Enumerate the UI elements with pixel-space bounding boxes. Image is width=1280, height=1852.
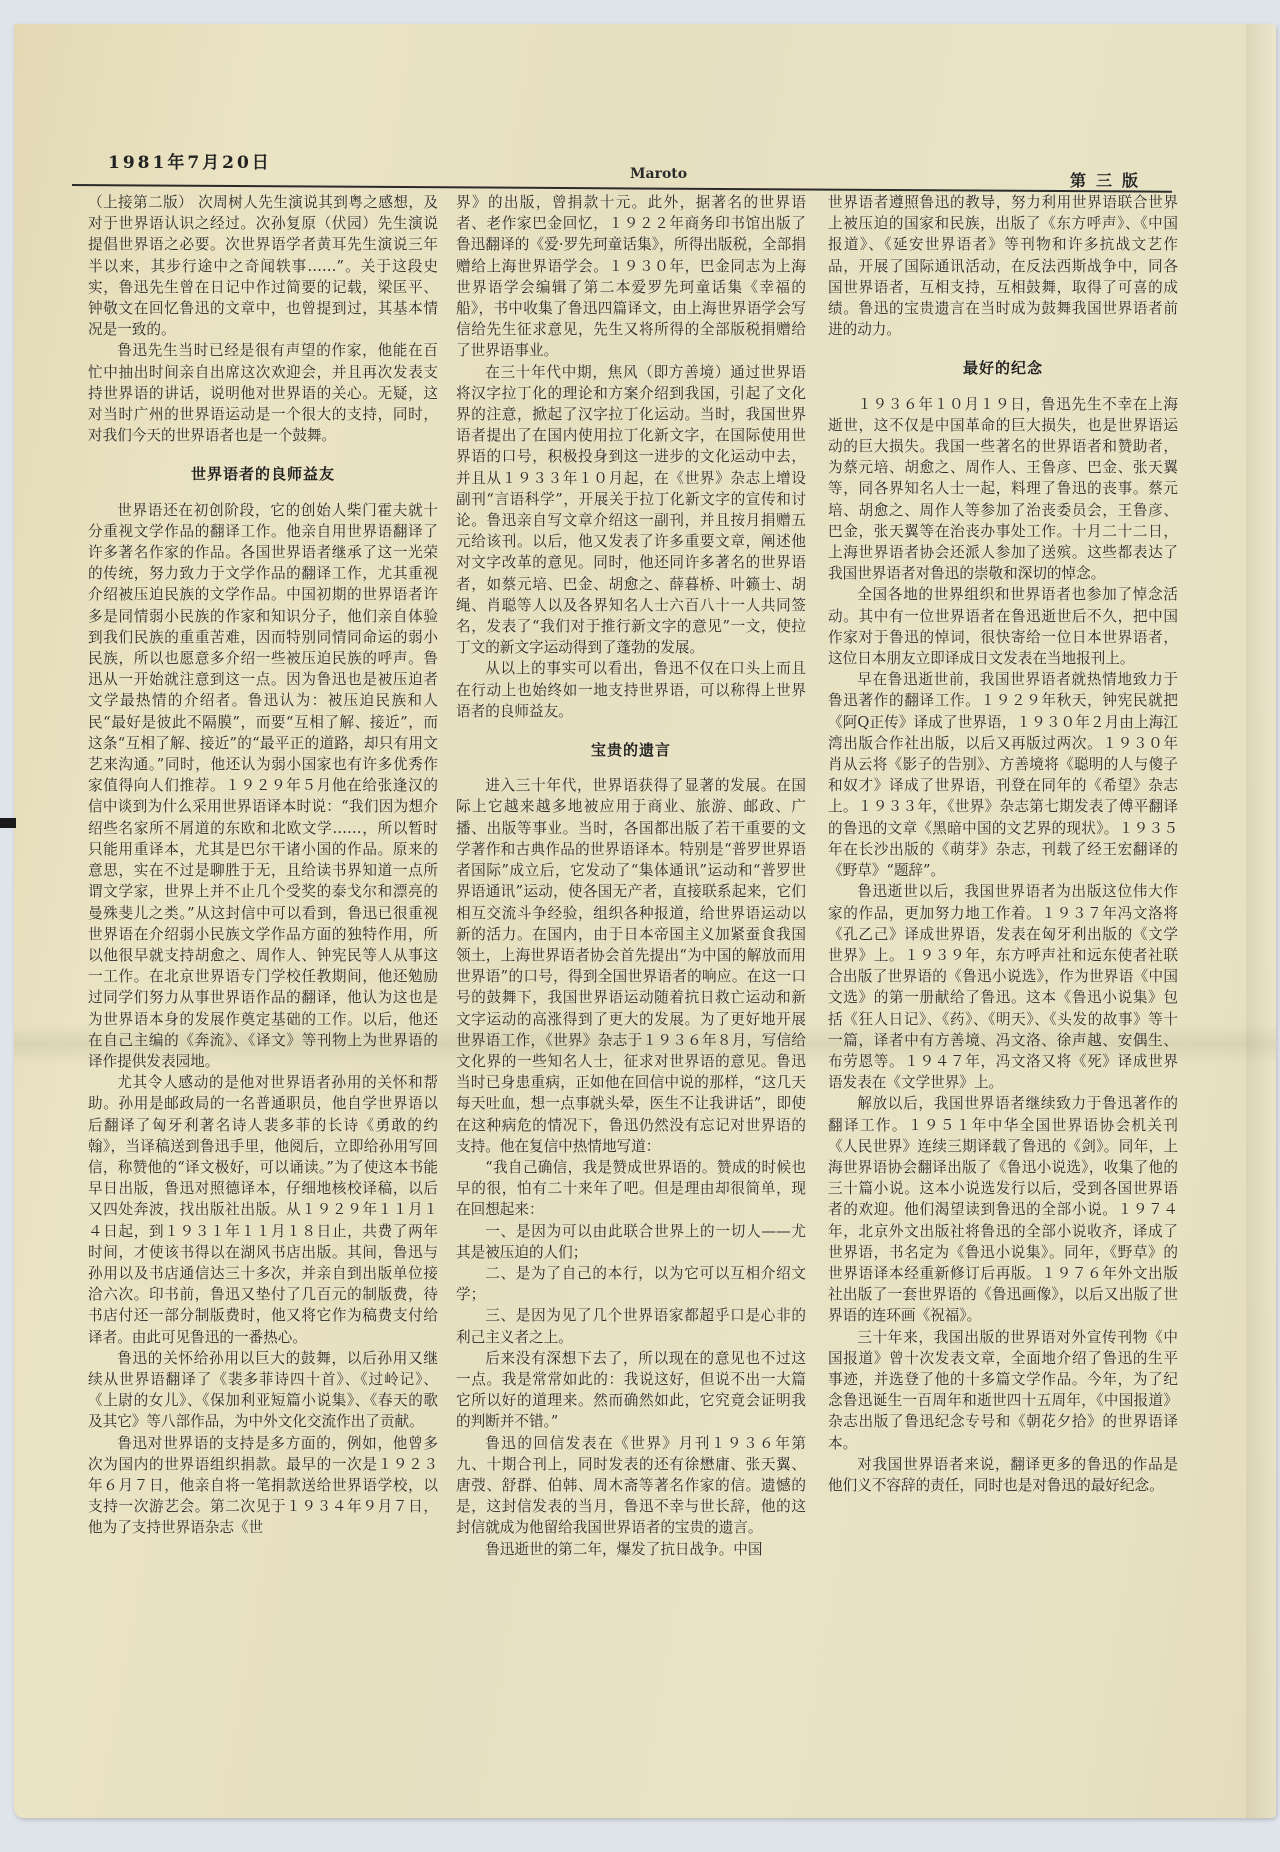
column-3: 世界语者遵照鲁迅的教导，努力利用世界语联合世界上被压迫的国家和民族，出版了《东方… [828, 192, 1178, 1496]
paragraph: 在三十年代中期，焦风（即方善境）通过世界语将汉字拉丁化的理论和方案介绍到我国，引… [456, 362, 806, 659]
section-heading: 最好的纪念 [828, 358, 1178, 379]
paragraph: 从以上的事实可以看出，鲁迅不仅在口头上而且在行动上也始终如一地支持世界语，可以称… [456, 658, 806, 722]
paragraph: 对我国世界语者来说，翻译更多的鲁迅的作品是他们义不容辞的责任，同时也是对鲁迅的最… [828, 1454, 1178, 1496]
publication-title: Maroto [630, 166, 687, 182]
paragraph: 一、是因为可以由此联合世界上的一切人——尤其是被压迫的人们； [456, 1221, 806, 1263]
section-heading: 宝贵的遗言 [456, 740, 806, 761]
page-label: 第三版 [1070, 168, 1148, 191]
paragraph: 全国各地的世界组织和世界语者也参加了悼念活动。其中有一位世界语者在鲁迅逝世后不久… [828, 584, 1178, 669]
edge-mark [0, 818, 16, 828]
paragraph: 鲁迅的回信发表在《世界》月刊１９３６年第九、十期合刊上，同时发表的还有徐懋庸、张… [456, 1433, 806, 1539]
paragraph: 鲁迅对世界语的支持是多方面的，例如，他曾多次为国内的世界语组织捐款。最早的一次是… [88, 1433, 438, 1539]
paragraph: 三十年来，我国出版的世界语对外宣传刊物《中国报道》曾十次发表文章，全面地介绍了鲁… [828, 1327, 1178, 1454]
paragraph: 鲁迅逝世的第二年，爆发了抗日战争。中国 [456, 1539, 806, 1560]
paragraph: 二、是为了自己的本行，以为它可以互相介绍文学； [456, 1263, 806, 1305]
paragraph: “我自己确信，我是赞成世界语的。赞成的时候也早的很，怕有二十来年了吧。但是理由却… [456, 1157, 806, 1221]
column-2: 界》的出版，曾捐款十元。此外，据著名的世界语者、老作家巴金回忆，１９２２年商务印… [456, 192, 806, 1560]
paragraph: 鲁迅逝世以后，我国世界语者为出版这位伟大作家的作品，更加努力地工作着。１９３７年… [828, 881, 1178, 1093]
paragraph: 世界语还在初创阶段，它的创始人柴门霍夫就十分重视文学作品的翻译工作。他亲自用世界… [88, 500, 438, 1072]
paragraph: １９３６年１０月１９日，鲁迅先生不幸在上海逝世，这不仅是中国革命的巨大损失，也是… [828, 394, 1178, 585]
paragraph: 世界语者遵照鲁迅的教导，努力利用世界语联合世界上被压迫的国家和民族，出版了《东方… [828, 192, 1178, 340]
paragraph: 后来没有深想下去了，所以现在的意见也不过这一点。我是常常如此的：我说这好，但说不… [456, 1348, 806, 1433]
paragraph: 早在鲁迅逝世前，我国世界语者就热情地致力于鲁迅著作的翻译工作。１９２９年秋天，钟… [828, 669, 1178, 881]
masthead: 1981年7月20日 Maroto 第三版 [90, 148, 1160, 188]
paragraph: 鲁迅先生当时已经是很有声望的作家，他能在百忙中抽出时间亲自出席这次欢迎会，并且再… [88, 340, 438, 446]
section-heading: 世界语者的良师益友 [88, 464, 438, 485]
paragraph: （上接第二版） 次周树人先生演说其到粤之感想，及对于世界语认识之经过。次孙复原（… [88, 192, 438, 340]
issue-date: 1981年7月20日 [108, 148, 272, 173]
paragraph: 进入三十年代，世界语获得了显著的发展。在国际上它越来越多地被应用于商业、旅游、邮… [456, 775, 806, 1157]
paragraph: 尤其令人感动的是他对世界语者孙用的关怀和帮助。孙用是邮政局的一名普通职员，他自学… [88, 1072, 438, 1348]
paragraph: 解放以后，我国世界语者继续致力于鲁迅著作的翻译工作。１９５１年中华全国世界语协会… [828, 1093, 1178, 1326]
paragraph: 界》的出版，曾捐款十元。此外，据著名的世界语者、老作家巴金回忆，１９２２年商务印… [456, 192, 806, 362]
paragraph: 三、是因为见了几个世界语家都超乎口是心非的利己主义者之上。 [456, 1305, 806, 1347]
paragraph: 鲁迅的关怀给孙用以巨大的鼓舞，以后孙用又继续从世界语翻译了《裴多菲诗四十首》、《… [88, 1348, 438, 1433]
column-1: （上接第二版） 次周树人先生演说其到粤之感想，及对于世界语认识之经过。次孙复原（… [88, 192, 438, 1539]
